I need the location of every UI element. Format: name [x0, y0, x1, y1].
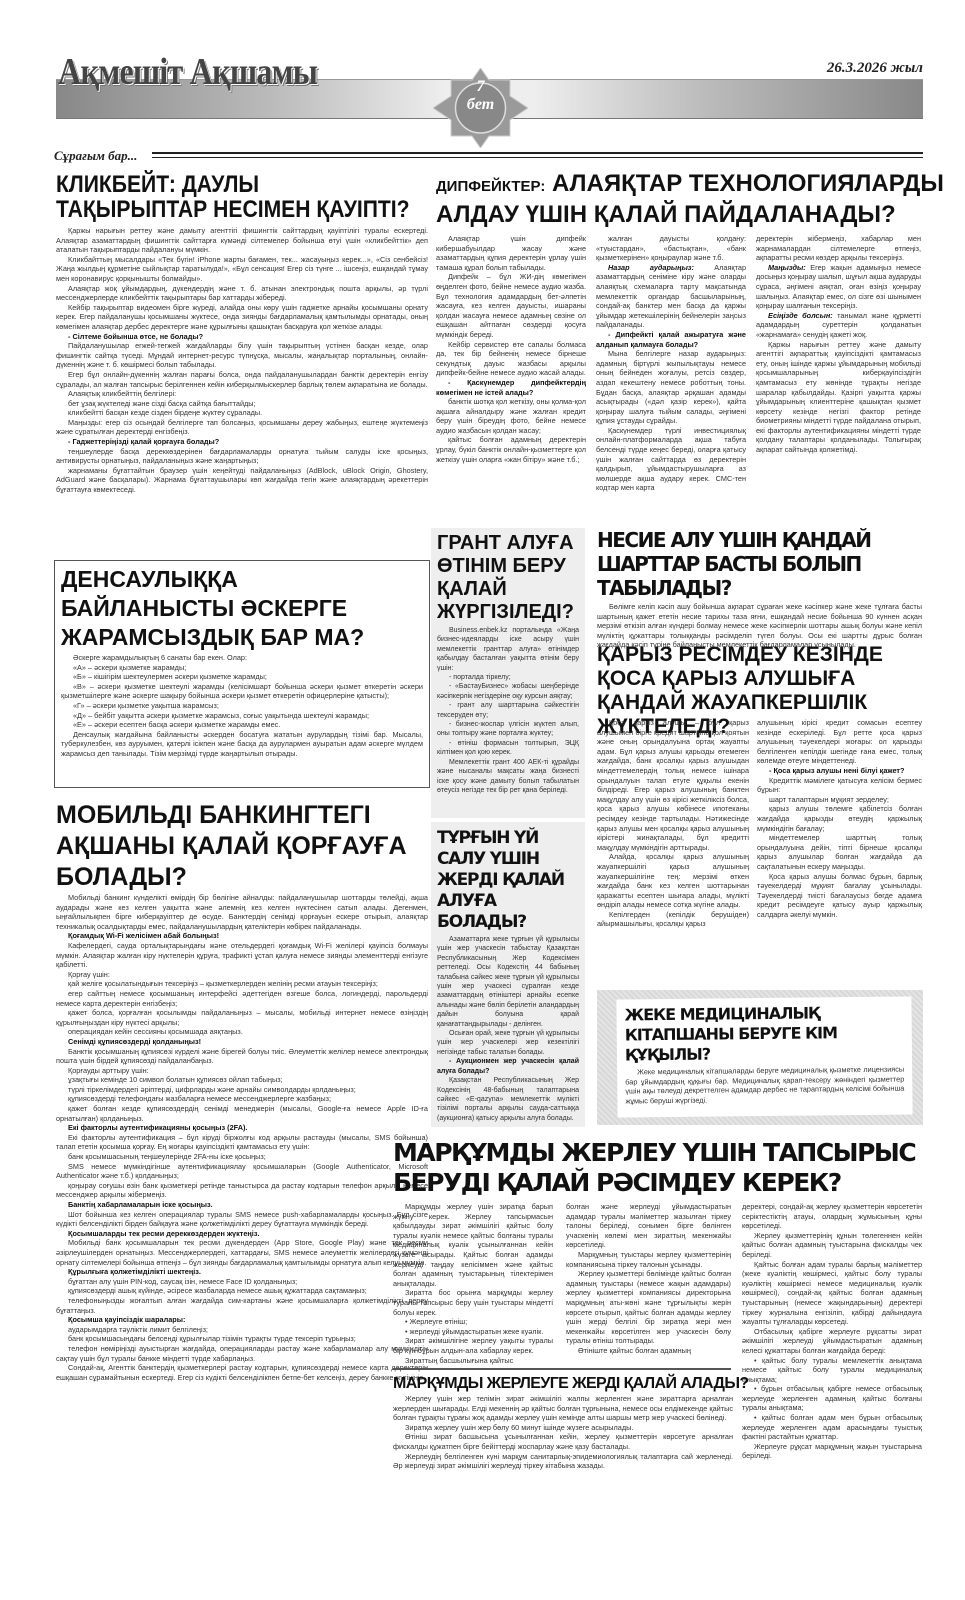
page-number: 7: [433, 78, 528, 96]
paragraph: аударымдарға тәуліктік лимит белгілеңіз;: [56, 1325, 428, 1335]
paragraph: Сондай-ақ, Агенттік банктердің қызметкер…: [56, 1363, 428, 1382]
article-body: Мобильді банкинг күнделікті өмірдің бір …: [56, 893, 428, 1382]
paragraph: SMS немесе мүмкіндігінше аутентификациял…: [56, 1162, 428, 1181]
paragraph: банк қосымшасының теңшеулерінде 2FA-ны і…: [56, 1152, 428, 1162]
paragraph: Мобильді банк қосымшаларын тек ресми дүк…: [56, 1238, 428, 1267]
article-title: МАРҚҰМДЫ ЖЕРЛЕУ ҮШІН ТАПСЫРЫС БЕРУДІ ҚАЛ…: [393, 1138, 923, 1198]
paragraph: Кафелердегі, сауда орталықтарындағы және…: [56, 941, 428, 970]
subheading: Қоғамдық Wi-Fi желісімен абай болыңыз!: [56, 931, 428, 941]
article-title: ТҰРҒЫН ҮЙ САЛУ ҮШІН ЖЕРДІ ҚАЛАЙ АЛУҒА БО…: [437, 828, 579, 933]
divider-rule: [393, 1368, 731, 1370]
subheading: Қосымшаларды тек ресми дереккөздерден жү…: [56, 1229, 428, 1239]
article-title: МОБИЛЬДІ БАНКИНГТЕГІ АҚШАНЫ ҚАЛАЙ ҚОРҒАУ…: [56, 800, 428, 893]
article-body: Жеке медициналық кітапшаларды беруге мед…: [625, 1065, 904, 1106]
article-body: Business.enbek.kz порталында «Жаңа бизне…: [437, 626, 579, 795]
section-label: Сұрағым бар...: [54, 148, 137, 164]
paragraph: Екі факторлы аутентификация – бұл кіруді…: [56, 1133, 428, 1152]
paragraph: қажет болған кезде құпиясөздердің сенімд…: [56, 1104, 428, 1123]
article-housing: ТҰРҒЫН ҮЙ САЛУ ҮШІН ЖЕРДІ ҚАЛАЙ АЛУҒА БО…: [431, 822, 585, 1127]
article-deepfake: ДИПФЕЙКТЕР: АЛАЯҚТАР ТЕХНОЛОГИЯЛАРДЫ АЛД…: [436, 170, 926, 229]
paragraph: түрлі тіркелімдердегі әріптерді, цифрлар…: [56, 1085, 428, 1095]
article-body: Әскерге жарамдылықтың 6 санаты бар екен.…: [61, 653, 423, 759]
paragraph: операциядан кейін сессияны қосымшада аяқ…: [56, 1027, 428, 1037]
paragraph: егер сайттың немесе қосымшаның интерфейс…: [56, 989, 428, 1008]
burial-col-3: деректері, сондай-ақ жерлеу қызметтерін …: [742, 1202, 922, 1461]
paragraph: қай желіге қосылатындығын тексеріңіз – қ…: [56, 979, 428, 989]
article-title: МАРҚҰМДЫ ЖЕРЛЕУГЕ ЖЕРДІ ҚАЛАЙ АЛАДЫ?: [393, 1374, 733, 1394]
article-burial: МАРҚҰМДЫ ЖЕРЛЕУ ҮШІН ТАПСЫРЫС БЕРУДІ ҚАЛ…: [393, 1138, 923, 1198]
article-clickbait: КЛИКБЕЙТ: ДАУЛЫ ТАҚЫРЫПТАР НЕСІМЕН ҚАУІП…: [56, 172, 428, 495]
subheading: Құрылғыға қолжетімділікті шектеңіз.: [56, 1267, 428, 1277]
coborrower-col-2: алушының кірісі кредит сомасын есептеу к…: [757, 718, 922, 919]
article-title: НЕСИЕ АЛУ ҮШІН ҚАНДАЙ ШАРТТАР БАСТЫ БОЛЫ…: [597, 528, 922, 600]
paragraph: бұғаттан алу үшін PIN-код, саусақ ізін, …: [56, 1277, 428, 1287]
article-title: ЖЕКЕ МЕДИЦИНАЛЫҚ КІТАПШАНЫ БЕРУГЕ КІМ ҚҰ…: [624, 1003, 904, 1066]
article-military: ДЕНСАУЛЫҚҚА БАЙЛАНЫСТЫ ӘСКЕРГЕ ЖАРАМСЫЗД…: [54, 560, 430, 788]
article-body: Жерлеу үшін жер телімін зират әкімшілігі…: [393, 1394, 733, 1471]
article-title: ДЕНСАУЛЫҚҚА БАЙЛАНЫСТЫ ӘСКЕРГЕ ЖАРАМСЫЗД…: [61, 565, 391, 652]
section-rule: [152, 152, 923, 158]
deepfake-col-2: жалған дауысты қолдану: «туыстардан», «б…: [596, 234, 746, 493]
burial-col-1: Марқұмды жерлеу үшін зиратқа барып жүгін…: [393, 1202, 553, 1365]
newspaper-logo: Ақмешіт Ақшамы: [58, 50, 317, 94]
burial-col-2: болған және жерлеуді ұйымдастыратын адам…: [566, 1202, 731, 1356]
deepfake-col-3: деректерін жібермеңіз, хабарлар мен жарн…: [756, 234, 921, 455]
article-body: Азаматтарға жеке тұрғын үй құрылысы үшін…: [437, 935, 579, 1123]
article-body: Қаржы нарығын реттеу және дамыту агентті…: [56, 226, 428, 495]
page-number-badge: 7 бет: [433, 68, 528, 148]
article-title: ГРАНТ АЛУҒА ӨТІНІМ БЕРУ ҚАЛАЙ ЖҮРГІЗІЛЕД…: [437, 532, 579, 624]
paragraph: телефоныңызды жоғалтып алған жағдайда си…: [56, 1296, 428, 1315]
subheading: Банктің хабарламаларын іске қосыңыз.: [56, 1200, 428, 1210]
article-burial-land: МАРҚҰМДЫ ЖЕРЛЕУГЕ ЖЕРДІ ҚАЛАЙ АЛАДЫ? Жер…: [393, 1374, 733, 1471]
subheading: Сенімді құпиясөздерді қолданыңыз!: [56, 1037, 428, 1047]
paragraph: банк қосымшасындағы белсенді құрылғылар …: [56, 1334, 428, 1344]
page-label: бет: [433, 96, 528, 114]
article-title: КЛИКБЕЙТ: ДАУЛЫ ТАҚЫРЫПТАР НЕСІМЕН ҚАУІП…: [56, 172, 426, 222]
paragraph: телефон нөміріңізді ауыстырған жағдайда,…: [56, 1344, 428, 1363]
article-medbook: ЖЕКЕ МЕДИЦИНАЛЫҚ КІТАПШАНЫ БЕРУГЕ КІМ ҚҰ…: [597, 990, 923, 1125]
paragraph: қоңырау соғушы өзін банк қызметкері реті…: [56, 1181, 428, 1200]
paragraph: құпиясөздерді ашық күйінде, әсіресе жазб…: [56, 1286, 428, 1296]
paragraph: құпиясөздерді телефондағы жазбаларға нем…: [56, 1094, 428, 1104]
article-title: ДИПФЕЙКТЕР: АЛАЯҚТАР ТЕХНОЛОГИЯЛАРДЫ АЛД…: [436, 170, 926, 229]
paragraph: Қорғауды арттыру үшін:: [56, 1066, 428, 1076]
paragraph: қажет болса, қорғалған қосылымды пайдала…: [56, 1008, 428, 1027]
paragraph: Шот бойынша кез келген операциялар турал…: [56, 1210, 428, 1229]
subheading: Қосымша қауіпсіздік шаралары:: [56, 1315, 428, 1325]
paragraph: ұзақтығы кемінде 10 символ болатын құпия…: [56, 1075, 428, 1085]
deepfake-col-1: Алаяқтар үшін дипфейк кибершабуылдар жас…: [436, 234, 586, 464]
article-credit: НЕСИЕ АЛУ ҮШІН ҚАНДАЙ ШАРТТАР БАСТЫ БОЛЫ…: [597, 528, 922, 650]
issue-date: 26.3.2026 жыл: [827, 60, 923, 77]
paragraph: Қорғау үшін:: [56, 970, 428, 980]
paragraph: Банктік қосымшаның құпиясөзі күрделі жән…: [56, 1047, 428, 1066]
article-mobile-banking: МОБИЛЬДІ БАНКИНГТЕГІ АҚШАНЫ ҚАЛАЙ ҚОРҒАУ…: [56, 800, 428, 1382]
coborrower-col-1: Қоса қарыз алушы – бұл қарыз алушымен бі…: [597, 718, 749, 929]
article-grant: ГРАНТ АЛУҒА ӨТІНІМ БЕРУ ҚАЛАЙ ЖҮРГІЗІЛЕД…: [431, 528, 585, 818]
paragraph: Мобильді банкинг күнделікті өмірдің бір …: [56, 893, 428, 931]
subheading: Екі факторлы аутентификацияны қосыңыз (2…: [56, 1123, 428, 1133]
